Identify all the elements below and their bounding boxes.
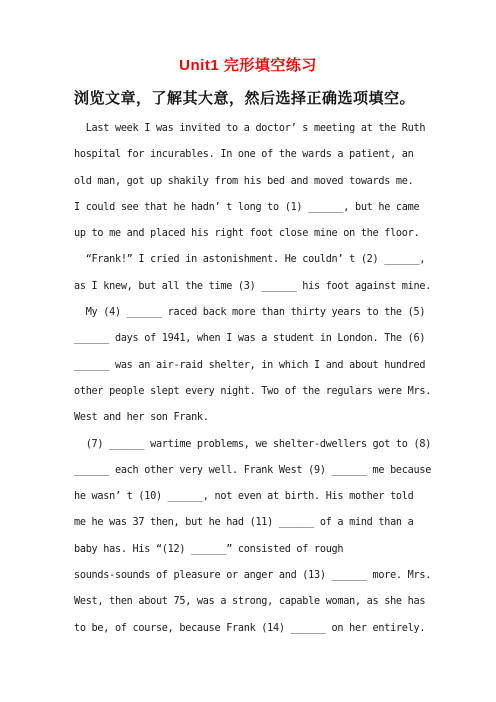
passage-line: Last week I was invited to a doctor’ s m…: [74, 116, 456, 142]
passage-line: ______ each other very well. Frank West …: [74, 458, 456, 484]
passage-line: me he was 37 then, but he had (11) _____…: [74, 510, 456, 536]
passage-line: other people slept every night. Two of t…: [74, 379, 456, 405]
passage-line: baby has. His “(12) ______” consisted of…: [74, 537, 456, 563]
passage-line: West, then about 75, was a strong, capab…: [74, 589, 456, 615]
page-title: Unit1 完形填空练习: [0, 56, 496, 76]
passage-line: West and her son Frank.: [74, 405, 456, 431]
passage-line: old man, got up shakily from his bed and…: [74, 169, 456, 195]
passage-line: up to me and placed his right foot close…: [74, 221, 456, 247]
passage-line: ______ was an air-raid shelter, in which…: [74, 353, 456, 379]
passage-line: ______ days of 1941, when I was a studen…: [74, 326, 456, 352]
instruction-text: 浏览文章，了解其大意，然后选择正确选项填空。: [0, 89, 496, 109]
passage-body: Last week I was invited to a doctor’ s m…: [0, 116, 496, 642]
document-page: Unit1 完形填空练习 浏览文章，了解其大意，然后选择正确选项填空。 Last…: [0, 0, 496, 702]
passage-line: I could see that he hadn’ t long to (1) …: [74, 195, 456, 221]
passage-line: “Frank!” I cried in astonishment. He cou…: [74, 247, 456, 273]
passage-line: hospital for incurables. In one of the w…: [74, 142, 456, 168]
passage-line: sounds-sounds of pleasure or anger and (…: [74, 563, 456, 589]
passage-line: My (4) ______ raced back more than thirt…: [74, 300, 456, 326]
passage-line: as I knew, but all the time (3) ______ h…: [74, 274, 456, 300]
passage-line: to be, of course, because Frank (14) ___…: [74, 616, 456, 642]
passage-line: (7) ______ wartime problems, we shelter-…: [74, 432, 456, 458]
passage-line: he wasn’ t (10) ______, not even at birt…: [74, 484, 456, 510]
